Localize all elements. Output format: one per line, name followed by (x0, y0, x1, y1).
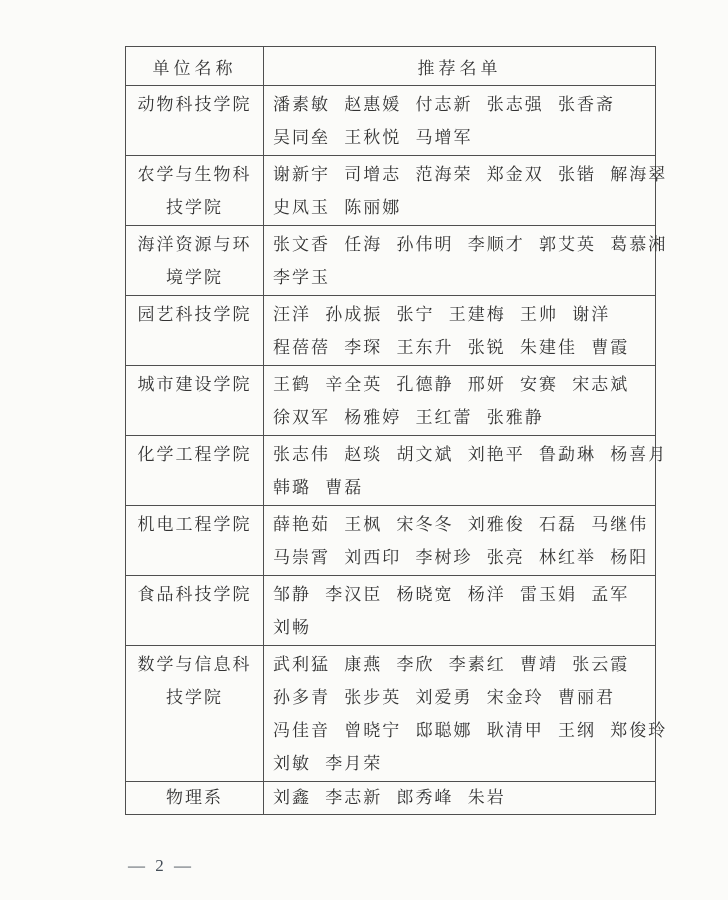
names-cell: 邹静 李汉臣 杨晓宽 杨洋 雷玉娟 孟军刘畅 (264, 576, 656, 646)
names-line: 刘畅 (273, 611, 651, 644)
names-line: 冯佳音 曾晓宁 邸聪娜 耿清甲 王纲 郑俊玲 (273, 714, 651, 747)
names-cell: 武利猛 康燕 李欣 李素红 曹靖 张云霞孙多青 张步英 刘爱勇 宋金玲 曹丽君冯… (264, 646, 656, 782)
names-line: 李学玉 (273, 261, 651, 294)
table-row: 食品科技学院 邹静 李汉臣 杨晓宽 杨洋 雷玉娟 孟军刘畅 (126, 576, 656, 646)
unit-name-cell: 数学与信息科技学院 (126, 646, 264, 782)
names-line: 程蓓蓓 李琛 王东升 张锐 朱建佳 曹霞 (273, 331, 651, 364)
names-line: 马崇霄 刘西印 李树珍 张亮 林红举 杨阳 (273, 541, 651, 574)
unit-name-cell: 园艺科技学院 (126, 296, 264, 366)
table-header-row: 单位名称 推荐名单 (126, 47, 656, 86)
names-line: 王鹤 辛全英 孔德静 邢妍 安赛 宋志斌 (273, 368, 651, 401)
page-number: — 2 — (128, 856, 194, 876)
names-cell: 薛艳茹 王枫 宋冬冬 刘雅俊 石磊 马继伟马崇霄 刘西印 李树珍 张亮 林红举 … (264, 506, 656, 576)
names-line: 张志伟 赵琰 胡文斌 刘艳平 鲁勐琳 杨喜月 (273, 438, 651, 471)
unit-name-cell: 城市建设学院 (126, 366, 264, 436)
names-line: 汪洋 孙成振 张宁 王建梅 王帅 谢洋 (273, 298, 651, 331)
table-row: 城市建设学院 王鹤 辛全英 孔德静 邢妍 安赛 宋志斌徐双军 杨雅婷 王红蕾 张… (126, 366, 656, 436)
table-row: 海洋资源与环境学院 张文香 任海 孙伟明 李顺才 郭艾英 葛慕湘李学玉 (126, 226, 656, 296)
names-line: 韩璐 曹磊 (273, 471, 651, 504)
names-cell: 张志伟 赵琰 胡文斌 刘艳平 鲁勐琳 杨喜月韩璐 曹磊 (264, 436, 656, 506)
table-row: 数学与信息科技学院 武利猛 康燕 李欣 李素红 曹靖 张云霞孙多青 张步英 刘爱… (126, 646, 656, 782)
names-line: 吴同垒 王秋悦 马增军 (273, 121, 651, 154)
table-row: 园艺科技学院 汪洋 孙成振 张宁 王建梅 王帅 谢洋程蓓蓓 李琛 王东升 张锐 … (126, 296, 656, 366)
names-line: 潘素敏 赵惠媛 付志新 张志强 张香斋 (273, 88, 651, 121)
recommendation-table: 单位名称 推荐名单 动物科技学院 潘素敏 赵惠媛 付志新 张志强 张香斋吴同垒 … (125, 46, 656, 815)
names-cell: 潘素敏 赵惠媛 付志新 张志强 张香斋吴同垒 王秋悦 马增军 (264, 86, 656, 156)
names-line: 邹静 李汉臣 杨晓宽 杨洋 雷玉娟 孟军 (273, 578, 651, 611)
table-row: 物理系 刘鑫 李志新 郎秀峰 朱岩 (126, 782, 656, 815)
table-row: 动物科技学院 潘素敏 赵惠媛 付志新 张志强 张香斋吴同垒 王秋悦 马增军 (126, 86, 656, 156)
table-row: 化学工程学院 张志伟 赵琰 胡文斌 刘艳平 鲁勐琳 杨喜月韩璐 曹磊 (126, 436, 656, 506)
column-header-names: 推荐名单 (264, 47, 656, 86)
names-line: 薛艳茹 王枫 宋冬冬 刘雅俊 石磊 马继伟 (273, 508, 651, 541)
unit-name-cell: 动物科技学院 (126, 86, 264, 156)
table-row: 农学与生物科技学院 谢新宇 司增志 范海荣 郑金双 张锴 解海翠史凤玉 陈丽娜 (126, 156, 656, 226)
table-body: 动物科技学院 潘素敏 赵惠媛 付志新 张志强 张香斋吴同垒 王秋悦 马增军 农学… (126, 86, 656, 815)
names-cell: 谢新宇 司增志 范海荣 郑金双 张锴 解海翠史凤玉 陈丽娜 (264, 156, 656, 226)
names-line: 谢新宇 司增志 范海荣 郑金双 张锴 解海翠 (273, 158, 651, 191)
names-line: 武利猛 康燕 李欣 李素红 曹靖 张云霞 (273, 648, 651, 681)
unit-name-cell: 农学与生物科技学院 (126, 156, 264, 226)
names-line: 徐双军 杨雅婷 王红蕾 张雅静 (273, 401, 651, 434)
column-header-unit: 单位名称 (126, 47, 264, 86)
names-line: 刘敏 李月荣 (273, 747, 651, 780)
unit-name-cell: 机电工程学院 (126, 506, 264, 576)
names-line: 张文香 任海 孙伟明 李顺才 郭艾英 葛慕湘 (273, 228, 651, 261)
table-row: 机电工程学院 薛艳茹 王枫 宋冬冬 刘雅俊 石磊 马继伟马崇霄 刘西印 李树珍 … (126, 506, 656, 576)
names-line: 孙多青 张步英 刘爱勇 宋金玲 曹丽君 (273, 681, 651, 714)
names-cell: 汪洋 孙成振 张宁 王建梅 王帅 谢洋程蓓蓓 李琛 王东升 张锐 朱建佳 曹霞 (264, 296, 656, 366)
names-cell: 刘鑫 李志新 郎秀峰 朱岩 (264, 782, 656, 815)
unit-name-cell: 海洋资源与环境学院 (126, 226, 264, 296)
document-page: 单位名称 推荐名单 动物科技学院 潘素敏 赵惠媛 付志新 张志强 张香斋吴同垒 … (0, 0, 728, 900)
names-cell: 张文香 任海 孙伟明 李顺才 郭艾英 葛慕湘李学玉 (264, 226, 656, 296)
unit-name-cell: 物理系 (126, 782, 264, 815)
names-line: 刘鑫 李志新 郎秀峰 朱岩 (273, 782, 651, 813)
unit-name-cell: 化学工程学院 (126, 436, 264, 506)
unit-name-cell: 食品科技学院 (126, 576, 264, 646)
names-cell: 王鹤 辛全英 孔德静 邢妍 安赛 宋志斌徐双军 杨雅婷 王红蕾 张雅静 (264, 366, 656, 436)
names-line: 史凤玉 陈丽娜 (273, 191, 651, 224)
